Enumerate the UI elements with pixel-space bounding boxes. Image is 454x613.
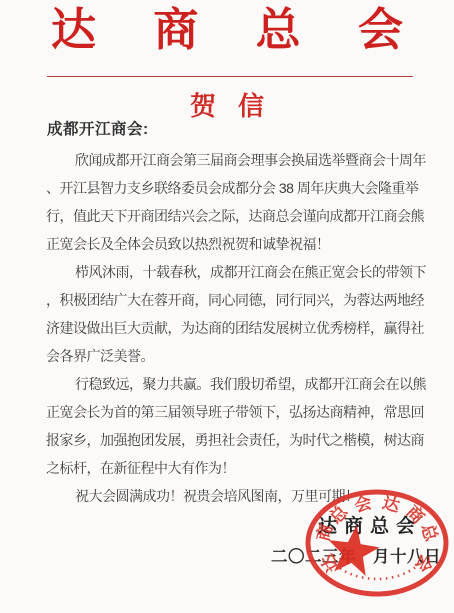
body-line: 济建设做出巨大贡献，为达商的团结发展树立优秀榜样，赢得社 (46, 314, 426, 342)
body-line: 正宽会长及全体会员致以热烈祝贺和诚挚祝福！ (46, 230, 426, 258)
salutation: 成都开江商会: (47, 117, 149, 139)
seal-ring-char: 会 (352, 492, 374, 516)
official-red-seal: 达商总会达商总会 (295, 486, 454, 608)
org-title: 达商总会 (0, 4, 454, 56)
seal-bottom-marks (334, 564, 419, 579)
body-line: 行，值此天下开商团结兴会之际，达商总会谨向成都开江商会熊 (46, 202, 426, 230)
seal-ring-char: 达 (380, 492, 402, 516)
congratulation-letter-page: 达商总会 贺信 成都开江商会: 欣闻成都开江商会第三届商会理事会换届选举暨商会十… (0, 0, 454, 613)
seal-ring-char: 总 (418, 522, 442, 545)
body-line: 栉风沐雨，十载春秋，成都开江商会在熊正宽会长的带领下 (46, 258, 426, 286)
body-line: 报家乡，加强抱团发展，勇担社会责任，为时代之楷模，树达商 (46, 426, 426, 454)
body-line: 之标杆，在新征程中大有作为！ (46, 454, 426, 482)
body-lines: 欣闻成都开江商会第三届商会理事会换届选举暨商会十周年、开江县智力支乡联络委员会成… (46, 146, 426, 510)
body-line: 会各界广泛美誉。 (46, 342, 426, 370)
body-line: ，积极团结广大在蓉开商，同心同德，同行同兴，为蓉达两地经 (46, 286, 426, 314)
seal-ring-char: 商 (312, 522, 336, 544)
body-line: 行稳致远，聚力共赢。我们殷切希望，成都开江商会在以熊 (46, 370, 426, 398)
header-divider-rule (47, 76, 413, 77)
body-line: 欣闻成都开江商会第三届商会理事会换届选举暨商会十周年 (46, 146, 426, 174)
body-line: 正宽会长为首的第三届领导班子带领下，弘扬达商精神，常思回 (46, 398, 426, 426)
body-line: 、开江县智力支乡联络委员会成都分会 38 周年庆典大会隆重举 (46, 174, 426, 202)
